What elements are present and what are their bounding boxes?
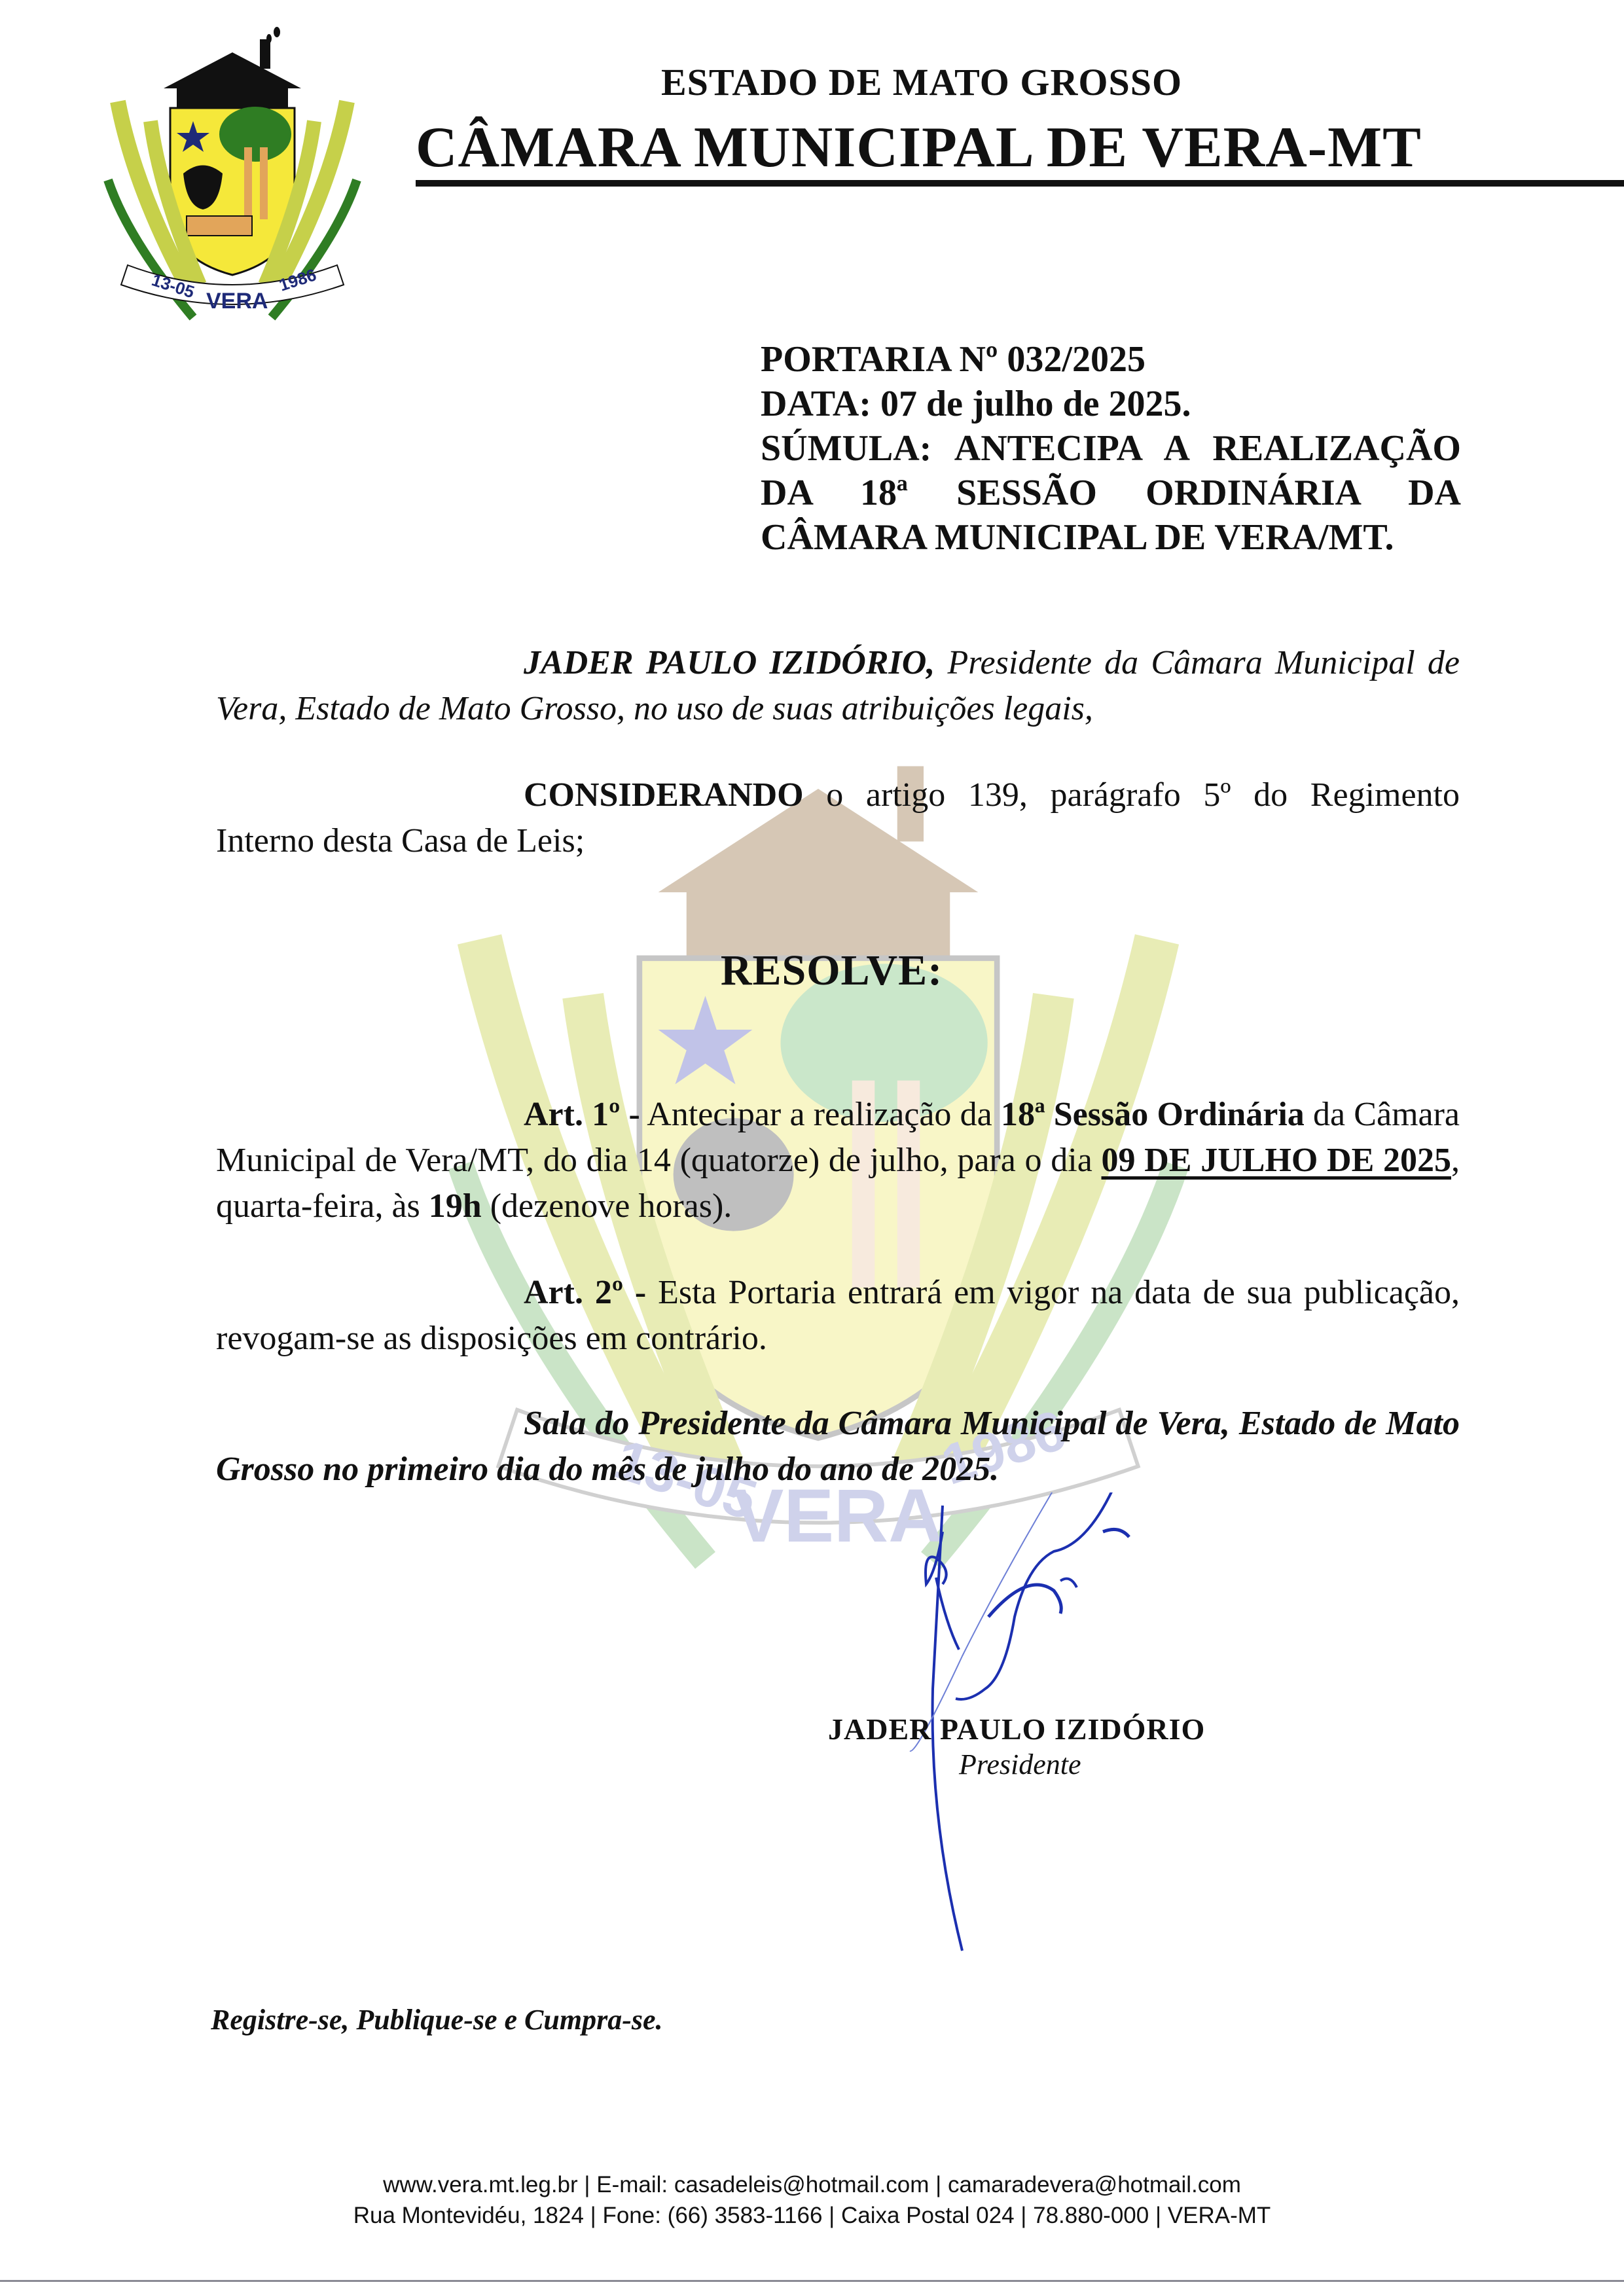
considerando-text: o artigo 139, parágrafo 5º do Regimento …: [216, 776, 1460, 859]
header-institution: CÂMARA MUNICIPAL DE VERA-MT: [416, 115, 1422, 181]
portaria-number: PORTARIA Nº 032/2025: [761, 337, 1461, 382]
closing-formula: Registre-se, Publique-se e Cumpra-se.: [211, 2003, 663, 2036]
sumula-line-2: DA 18ª SESSÃO ORDINÁRIA DA: [761, 471, 1461, 515]
tree-icon: [219, 107, 291, 162]
article-1-label: Art. 1º -: [524, 1096, 640, 1133]
ribbon-center-text: VERA: [206, 289, 268, 314]
footer-address-phone: Rua Montevidéu, 1824 | Fone: (66) 3583-1…: [0, 2203, 1624, 2229]
signatory-name: JADER PAULO IZIDÓRIO: [828, 1712, 1205, 1746]
place-date-paragraph: Sala do Presidente da Câmara Municipal d…: [216, 1401, 1460, 1492]
portaria-date: DATA: 07 de julho de 2025.: [761, 382, 1461, 426]
portaria-block: PORTARIA Nº 032/2025 DATA: 07 de julho d…: [761, 337, 1461, 560]
considerando-paragraph: CONSIDERANDO o artigo 139, parágrafo 5º …: [216, 772, 1460, 864]
signatory-role: Presidente: [959, 1748, 1081, 1781]
crest-house-roof: [164, 27, 301, 108]
considerando-label: CONSIDERANDO: [524, 776, 804, 814]
article-2-label: Art. 2º -: [524, 1274, 646, 1311]
sumula-line-1: SÚMULA: ANTECIPA A REALIZAÇÃO: [761, 426, 1461, 471]
header-state: ESTADO DE MATO GROSSO: [661, 60, 1182, 104]
resolve-heading: RESOLVE:: [0, 946, 1624, 996]
session-time: 19h: [429, 1187, 482, 1225]
header-divider: [416, 180, 1624, 187]
municipal-crest-logo: 13-05 VERA 1986: [88, 23, 376, 337]
new-session-date: 09 DE JULHO DE 2025: [1102, 1142, 1451, 1179]
preamble-paragraph: JADER PAULO IZIDÓRIO, Presidente da Câma…: [216, 640, 1460, 732]
preamble-name: JADER PAULO IZIDÓRIO,: [524, 644, 935, 681]
sumula-line-3: CÂMARA MUNICIPAL DE VERA/MT.: [761, 515, 1461, 560]
bottom-divider: [0, 2280, 1624, 2282]
article-2: Art. 2º - Esta Portaria entrará em vigor…: [216, 1270, 1460, 1362]
article-1: Art. 1º - Antecipar a realização da 18ª …: [216, 1092, 1460, 1229]
footer-contact-web-email: www.vera.mt.leg.br | E-mail: casadeleis@…: [0, 2172, 1624, 2198]
